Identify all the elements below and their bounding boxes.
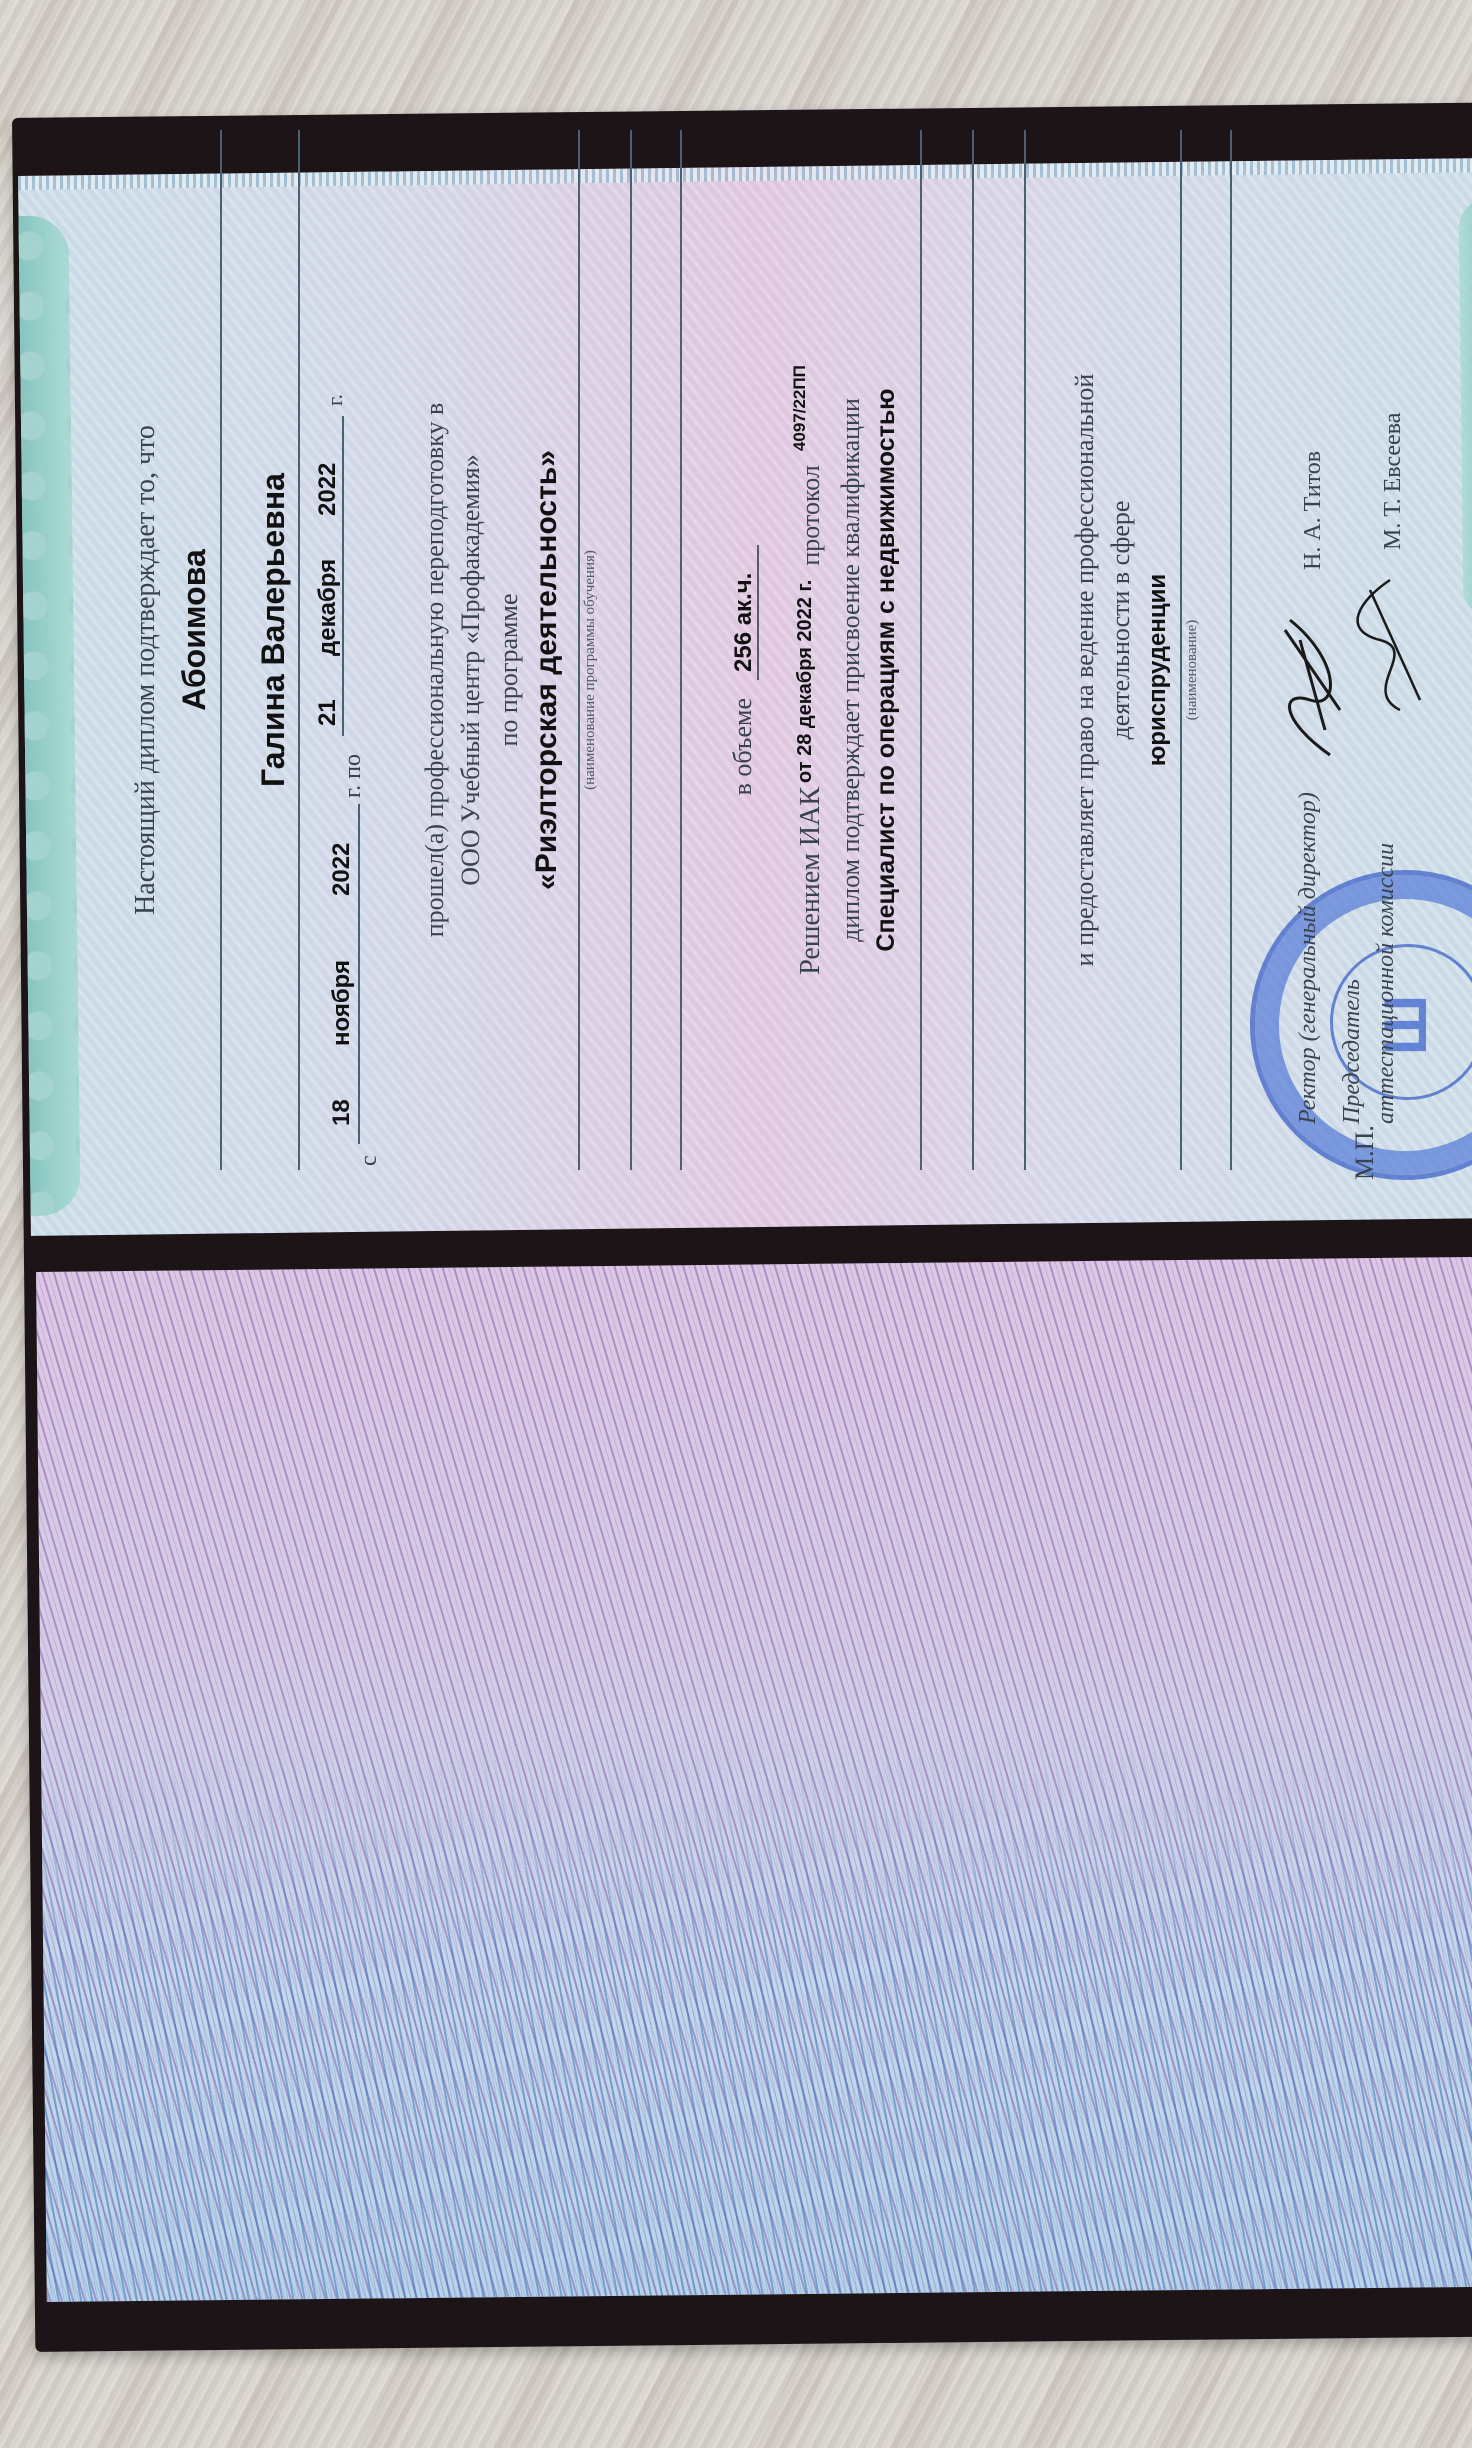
- rule: [220, 130, 222, 1170]
- diploma-text: Настоящий диплом подтверждает то, что Аб…: [90, 70, 1440, 1190]
- signatory-role-2: Председатель аттестационной комиссии: [1335, 794, 1403, 1124]
- from-day: 18: [328, 1099, 356, 1126]
- field-value: юриспруденции: [1144, 110, 1172, 1230]
- right-text-2: деятельности в сфере: [1106, 60, 1136, 1180]
- program-caption: (наименование программы обучения): [582, 110, 599, 1230]
- from-month: ноября: [328, 960, 356, 1046]
- microtext-pattern-blue: [41, 1720, 1472, 2302]
- to-month: декабря: [314, 559, 342, 656]
- signature-2-icon: [1350, 570, 1430, 720]
- from-year: 2022: [328, 843, 356, 896]
- seal-label: М.П.: [1350, 1125, 1380, 1180]
- signatory-name-1: Н. А. Титов: [1300, 451, 1327, 570]
- qualification-value: Специалист по операциям с недвижимостью: [872, 110, 901, 1230]
- right-text-1: и предоставляет право на ведение професс…: [1070, 110, 1100, 1230]
- surname: Абоимова: [176, 70, 213, 1190]
- volume-value: 256 ак.ч.: [730, 545, 759, 680]
- completed-text-2: ООО Учебный центр «Профакадемия»: [456, 110, 486, 1230]
- program-label: по программе: [494, 110, 524, 1230]
- qualification-text: диплом подтверждает присвоение квалифика…: [836, 110, 866, 1230]
- intro-text: Настоящий диплом подтверждает то, что: [130, 110, 162, 1230]
- volume-row: в объеме 256 ак.ч.: [728, 150, 768, 1190]
- signature-1-icon: [1270, 610, 1350, 760]
- program-name: «Риэлторская деятельность»: [530, 110, 564, 1230]
- protocol-number: 4097/22ПП: [790, 365, 809, 451]
- to-year: 2022: [314, 463, 342, 516]
- signatory-role-1: Ректор (генеральный директор): [1295, 792, 1322, 1124]
- diploma-back-page: [36, 1257, 1472, 2302]
- given-names: Галина Валерьевна: [255, 70, 292, 1190]
- field-caption: (наименование): [1184, 110, 1201, 1230]
- signatory-name-2: М. Т. Евсеева: [1380, 413, 1407, 550]
- decision-row: Решением ИАК от 28 декабря 2022 г. прото…: [790, 150, 827, 1190]
- completed-text-1: прошел(а) профессиональную переподготовк…: [420, 110, 450, 1230]
- decision-date: от 28 декабря 2022 г.: [794, 580, 816, 783]
- period-row: с 18 ноября 2022 г. по 21 декабря 2022 г…: [328, 126, 388, 1166]
- rule: [298, 130, 300, 1170]
- to-day: 21: [314, 699, 342, 726]
